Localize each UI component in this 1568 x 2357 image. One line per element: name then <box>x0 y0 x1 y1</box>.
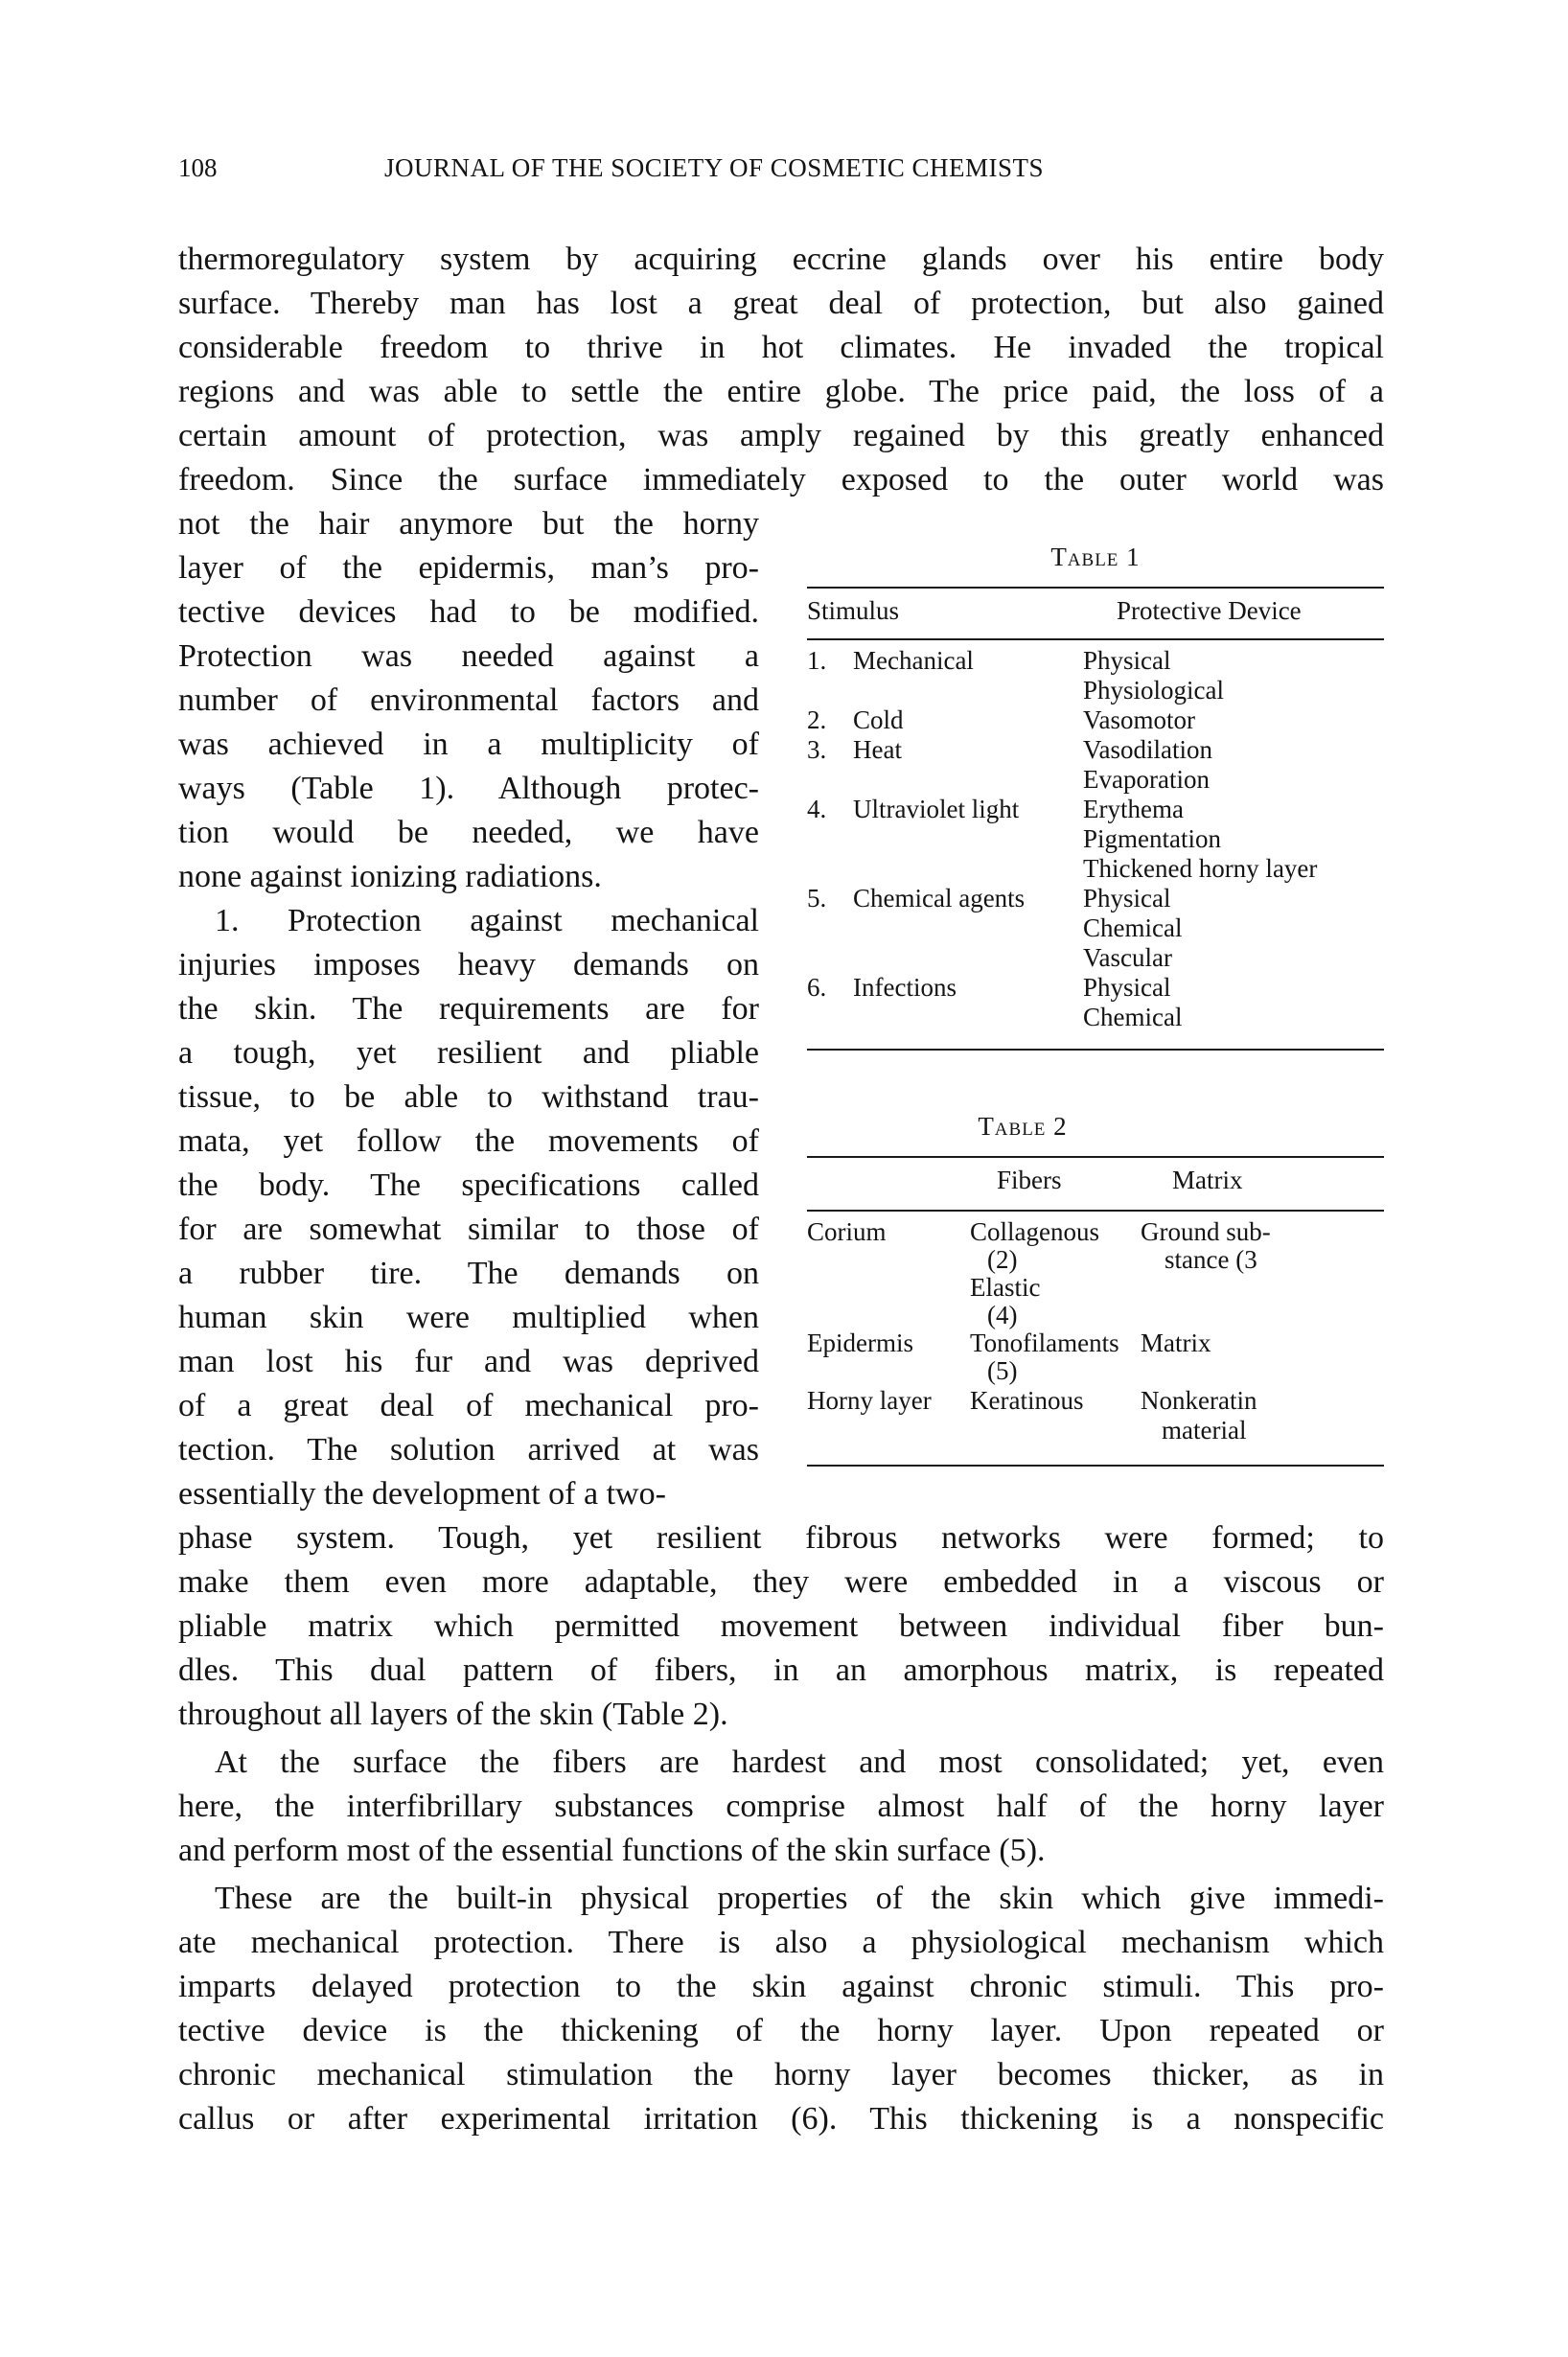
table-1-device: Physical <box>1083 646 1171 676</box>
table-2-matrix: Matrix <box>1141 1329 1211 1358</box>
table-1-row-num: 6. <box>807 973 826 1003</box>
text-line: ate mechanical protection. There is also… <box>178 1921 1384 1965</box>
text-line: tion would be needed, we have <box>178 811 759 855</box>
text-line: man lost his fur and was deprived <box>178 1340 759 1384</box>
table-2-title: Table 2 <box>807 1112 1238 1142</box>
text-line: the body. The specifications called <box>178 1164 759 1208</box>
table-2-header-fibers: Fibers <box>997 1166 1062 1195</box>
text-line: throughout all layers of the skin (Table… <box>178 1693 1384 1737</box>
text-line: callus or after experimental irritation … <box>178 2097 1384 2141</box>
table-2-fiber: Elastic <box>970 1273 1040 1303</box>
table-1-row-num: 1. <box>807 646 826 676</box>
table-1-device: Pigmentation <box>1083 824 1221 854</box>
table-1-device: Physical <box>1083 884 1171 913</box>
table-1-stimulus: Chemical agents <box>853 884 1025 913</box>
table-rule <box>807 1465 1384 1467</box>
text-line: of a great deal of mechanical pro- <box>178 1384 759 1428</box>
table-2-fiber: Collagenous <box>970 1217 1099 1247</box>
table-1-stimulus: Infections <box>853 973 957 1003</box>
table-1-device: Evaporation <box>1083 765 1210 795</box>
text-line: human skin were multiplied when <box>178 1296 759 1340</box>
text-line: make them even more adaptable, they were… <box>178 1560 1384 1605</box>
table-2-ref: (4) <box>987 1301 1017 1330</box>
table-1-device: Chemical <box>1083 913 1182 943</box>
text-line: certain amount of protection, was amply … <box>178 414 1384 458</box>
table-rule <box>807 587 1384 589</box>
table-1-header-stimulus: Stimulus <box>807 596 899 626</box>
table-2-matrix: Ground sub- <box>1141 1217 1271 1247</box>
table-rule <box>807 1049 1384 1051</box>
text-line: pliable matrix which permitted movement … <box>178 1605 1384 1649</box>
table-2-layer: Corium <box>807 1217 887 1247</box>
table-1-device: Physical <box>1083 973 1171 1003</box>
running-head: 108 JOURNAL OF THE SOCIETY OF COSMETIC C… <box>178 153 1384 192</box>
table-1-device: Physiological <box>1083 676 1224 705</box>
text-line: phase system. Tough, yet resilient fibro… <box>178 1516 1384 1560</box>
text-line: At the surface the fibers are hardest an… <box>178 1741 1384 1785</box>
text-line: was achieved in a multiplicity of <box>178 723 759 767</box>
table-1-device: Vasodilation <box>1083 735 1212 765</box>
table-1-row-num: 4. <box>807 795 826 824</box>
text-line: chronic mechanical stimulation the horny… <box>178 2053 1384 2097</box>
table-1-header-device: Protective Device <box>1117 596 1302 626</box>
text-line: imparts delayed protection to the skin a… <box>178 1965 1384 2009</box>
table-1-device: Vasomotor <box>1083 705 1195 735</box>
text-line: Protection was needed against a <box>178 635 759 679</box>
text-line: none against ionizing radiations. <box>178 855 759 899</box>
text-line: here, the interfibrillary substances com… <box>178 1785 1384 1829</box>
text-line: a rubber tire. The demands on <box>178 1252 759 1296</box>
text-line: a tough, yet resilient and pliable <box>178 1031 759 1075</box>
table-1-stimulus: Heat <box>853 735 902 765</box>
table-2-layer: Horny layer <box>807 1386 932 1416</box>
text-line: These are the built-in physical properti… <box>178 1877 1384 1921</box>
table-2-ref: (2) <box>987 1245 1017 1275</box>
text-line: freedom. Since the surface immediately e… <box>178 458 1384 502</box>
table-1-device: Vascular <box>1083 943 1172 973</box>
table-1-row-num: 5. <box>807 884 826 913</box>
text-line: considerable freedom to thrive in hot cl… <box>178 326 1384 370</box>
text-line: injuries imposes heavy demands on <box>178 943 759 987</box>
text-line: for are somewhat similar to those of <box>178 1208 759 1252</box>
table-1-stimulus: Ultraviolet light <box>853 795 1019 824</box>
text-line: number of environmental factors and <box>178 679 759 723</box>
text-line: surface. Thereby man has lost a great de… <box>178 282 1384 326</box>
table-1-device: Chemical <box>1083 1003 1182 1032</box>
table-2-layer: Epidermis <box>807 1329 913 1358</box>
text-line: and perform most of the essential functi… <box>178 1829 1384 1873</box>
table-rule <box>807 1156 1384 1158</box>
text-line: 1. Protection against mechanical <box>178 899 759 943</box>
table-1-stimulus: Cold <box>853 705 904 735</box>
journal-title: JOURNAL OF THE SOCIETY OF COSMETIC CHEMI… <box>384 153 1044 183</box>
table-1-stimulus: Mechanical <box>853 646 974 676</box>
text-line: not the hair anymore but the horny <box>178 502 759 546</box>
page-number: 108 <box>178 153 218 183</box>
table-1-title: Table 1 <box>807 543 1384 572</box>
text-line: layer of the epidermis, man’s pro- <box>178 546 759 590</box>
table-2-matrix: stance (3 <box>1164 1245 1257 1275</box>
text-line: mata, yet follow the movements of <box>178 1120 759 1164</box>
table-1-row-num: 2. <box>807 705 826 735</box>
table-2-matrix: material <box>1162 1416 1246 1445</box>
text-line: thermoregulatory system by acquiring ecc… <box>178 238 1384 282</box>
table-2-matrix: Nonkeratin <box>1141 1386 1257 1416</box>
text-line: tissue, to be able to withstand trau- <box>178 1075 759 1120</box>
table-2-fiber: Tonofilaments <box>970 1329 1119 1358</box>
table-1-device: Thickened horny layer <box>1083 854 1317 884</box>
text-line: dles. This dual pattern of fibers, in an… <box>178 1649 1384 1693</box>
text-line: ways (Table 1). Although protec- <box>178 767 759 811</box>
text-line: tective device is the thickening of the … <box>178 2009 1384 2053</box>
table-1-device: Erythema <box>1083 795 1184 824</box>
text-line: tection. The solution arrived at was <box>178 1428 759 1472</box>
table-rule <box>807 1210 1384 1212</box>
table-2-ref: (5) <box>987 1356 1017 1386</box>
text-line: essentially the development of a two- <box>178 1472 759 1516</box>
text-line: the skin. The requirements are for <box>178 987 759 1031</box>
table-1-row-num: 3. <box>807 735 826 765</box>
table-rule <box>807 638 1384 640</box>
table-2-header-matrix: Matrix <box>1172 1166 1243 1195</box>
table-2-fiber: Keratinous <box>970 1386 1083 1416</box>
text-line: regions and was able to settle the entir… <box>178 370 1384 414</box>
text-line: tective devices had to be modified. <box>178 590 759 635</box>
